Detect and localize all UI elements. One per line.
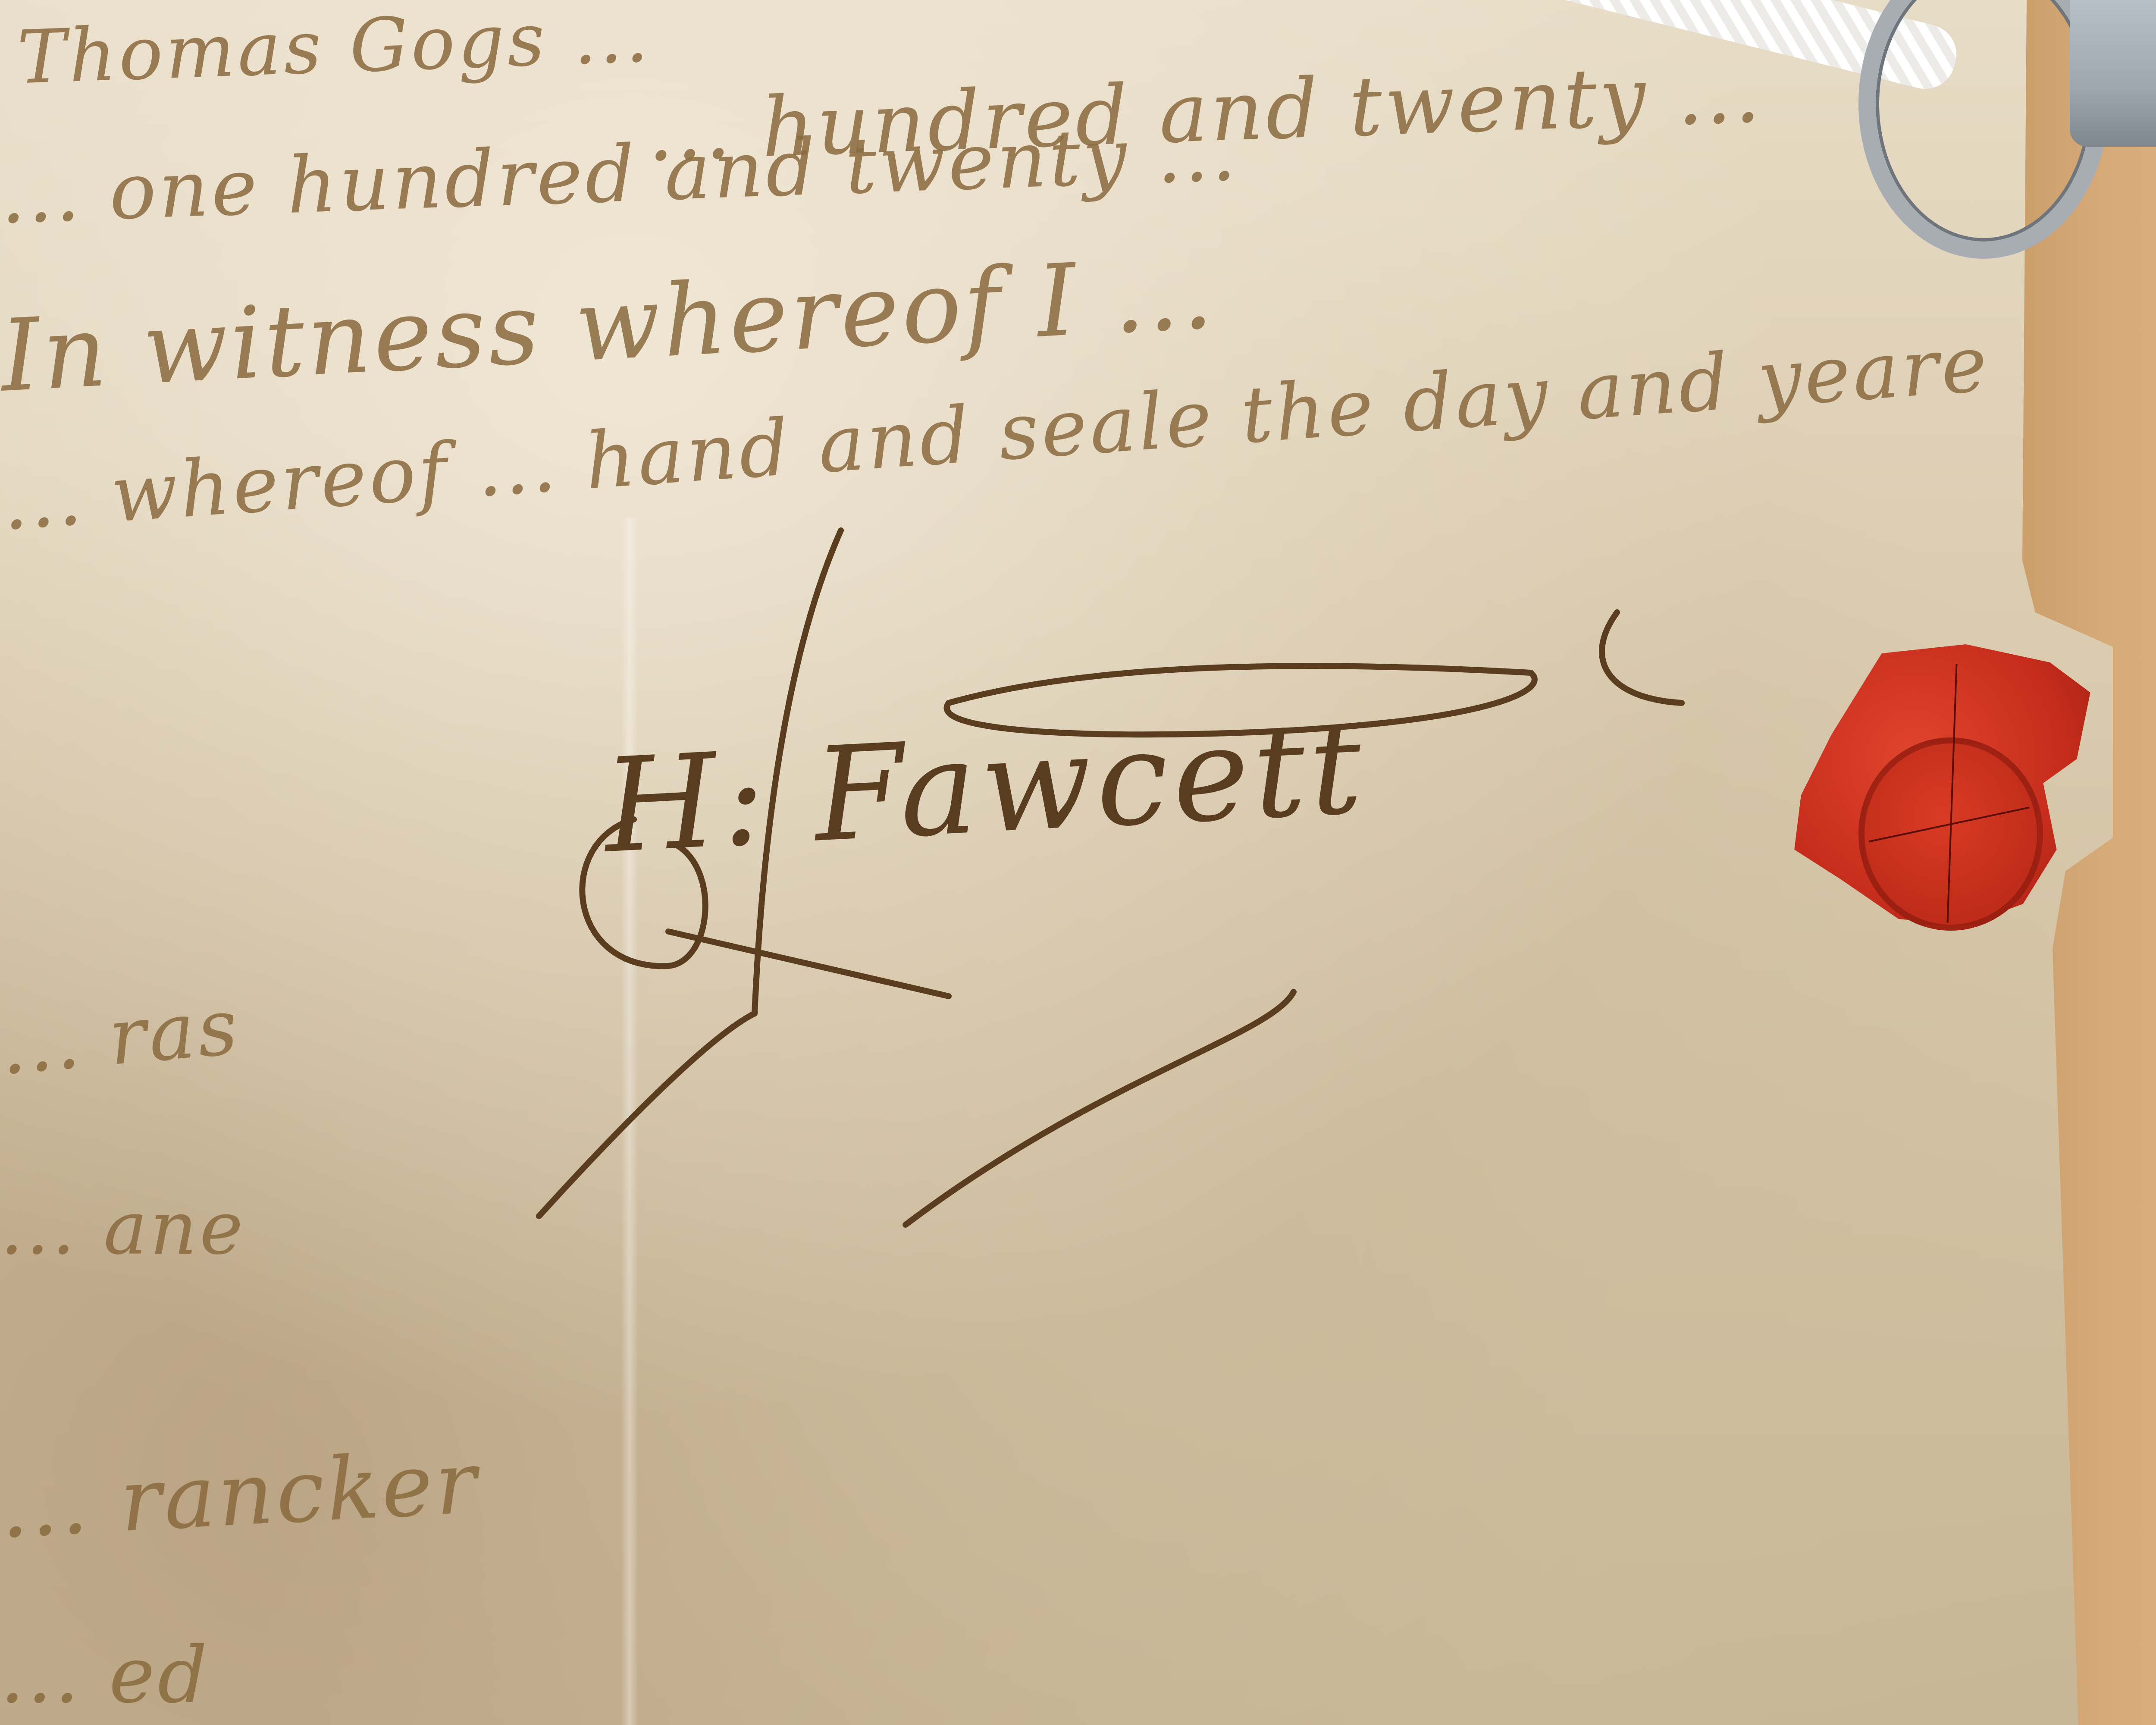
wax-seal <box>1781 638 2117 940</box>
text-line-9: ... ed <box>0 1630 210 1720</box>
text-line-8: ... rancker <box>0 1432 481 1558</box>
text-line-6: ... ras <box>0 982 244 1092</box>
hanger-plate <box>2070 0 2156 147</box>
signature-flourish-icon <box>453 517 1746 1251</box>
text-line-1: Thomas Gogs ... <box>16 0 652 101</box>
framed-document-photo: Thomas Gogs ... ... hundred and twenty .… <box>0 0 2156 1725</box>
text-line-3: ... one hundred and twenty ... <box>0 108 1240 241</box>
text-line-7: ... ane <box>0 1186 246 1271</box>
